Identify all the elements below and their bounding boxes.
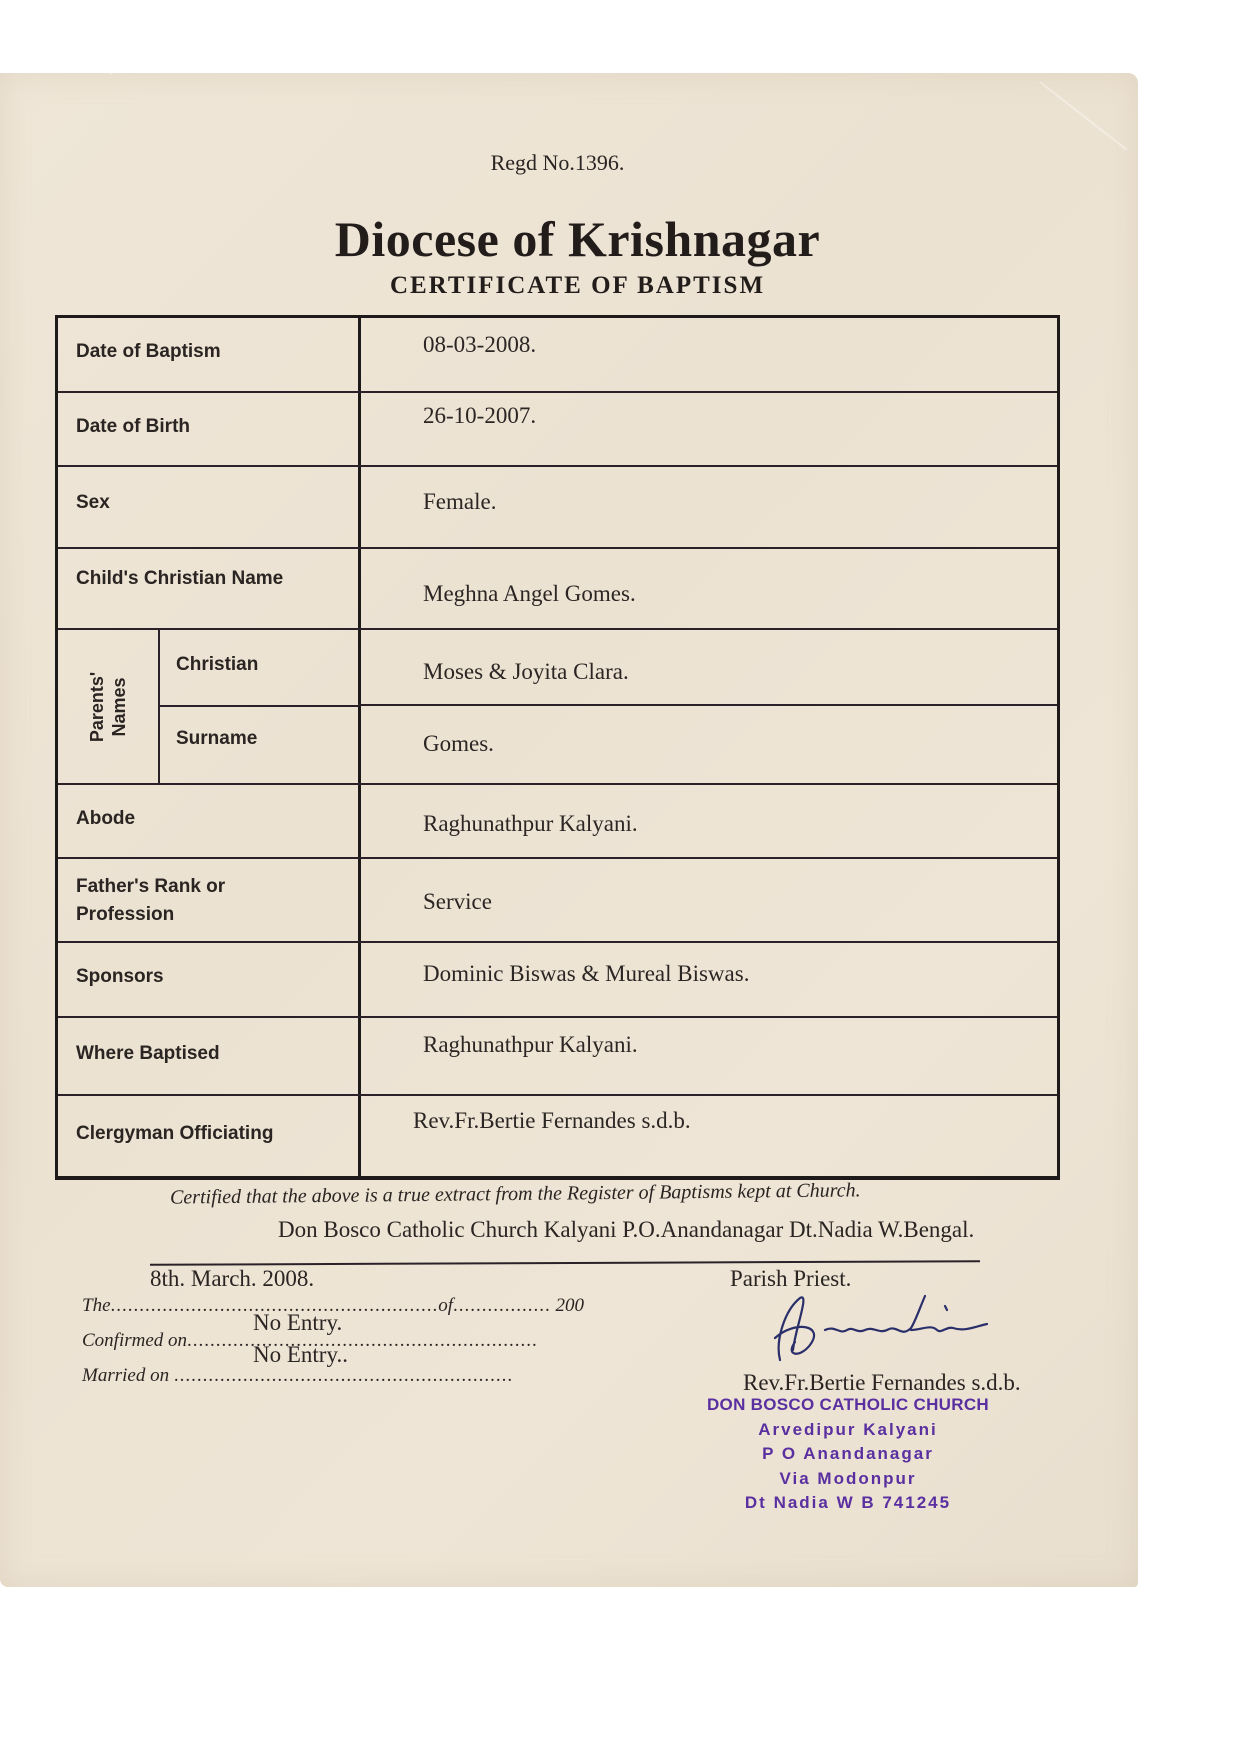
stamp-line: DON BOSCO CATHOLIC CHURCH (683, 1393, 1013, 1418)
of-label: of (438, 1295, 453, 1316)
table-row-abode: Abode Raghunathpur Kalyani. (58, 785, 1057, 859)
table-row-christian-name: Child's Christian Name Meghna Angel Gome… (58, 549, 1057, 630)
parents-label-line2: Names (109, 677, 129, 736)
field-value: Raghunathpur Kalyani. (423, 1032, 638, 1058)
field-label: Date of Birth (76, 413, 190, 441)
the-label: The (82, 1295, 111, 1316)
church-stamp: DON BOSCO CATHOLIC CHURCH Arvedipur Kaly… (683, 1393, 1013, 1516)
parents-names-block: Parents'Names Christian Surname (58, 630, 358, 783)
value-divider (358, 704, 1057, 706)
field-value: Raghunathpur Kalyani. (423, 811, 638, 837)
parents-christian-value: Moses & Joyita Clara. (423, 659, 629, 685)
stamp-line: Dt Nadia W B 741245 (683, 1491, 1013, 1516)
parents-group-label: Parents'Names (58, 630, 160, 783)
field-label: Sponsors (76, 963, 164, 991)
table-row-sponsors: Sponsors Dominic Biswas & Mureal Biswas. (58, 943, 1057, 1018)
field-value: Female. (423, 489, 496, 515)
sub-divider (158, 705, 358, 707)
table-row-date-of-birth: Date of Birth 26-10-2007. (58, 393, 1057, 467)
table-row-father-profession: Father's Rank or Profession Service (58, 859, 1057, 943)
married-label: Married on (82, 1365, 169, 1386)
priest-signature (755, 1290, 1005, 1370)
field-label: Abode (76, 805, 135, 833)
year-prefix: 200 (556, 1295, 585, 1316)
stamp-line: P O Anandanagar (683, 1442, 1013, 1467)
document-title: Diocese of Krishnagar (0, 210, 1240, 268)
field-label: Child's Christian Name (76, 565, 283, 593)
field-value: Service (423, 889, 492, 915)
field-label: Where Baptised (76, 1040, 220, 1068)
field-label: Clergyman Officiating (76, 1120, 273, 1148)
stamp-line: Via Modonpur (683, 1467, 1013, 1492)
registration-number: Regd No.1396. (0, 150, 1240, 176)
baptism-record-table: Date of Baptism 08-03-2008. Date of Birt… (55, 315, 1060, 1180)
table-row-sex: Sex Female. (58, 467, 1057, 549)
field-value: Rev.Fr.Bertie Fernandes s.d.b. (413, 1108, 691, 1134)
table-row-parents-names: Parents'Names Christian Surname Moses & … (58, 630, 1057, 785)
christian-sublabel: Christian (176, 654, 258, 676)
field-label: Sex (76, 489, 110, 517)
field-value: Dominic Biswas & Mureal Biswas. (423, 961, 749, 987)
confirmed-label: Confirmed on (82, 1330, 187, 1351)
paper-crease (1039, 81, 1127, 150)
church-address-line: Don Bosco Catholic Church Kalyani P.O.An… (278, 1217, 974, 1243)
surname-sublabel: Surname (176, 728, 257, 750)
table-row-where-baptised: Where Baptised Raghunathpur Kalyani. (58, 1018, 1057, 1096)
table-row-clergyman: Clergyman Officiating Rev.Fr.Bertie Fern… (58, 1096, 1057, 1176)
parish-priest-label: Parish Priest. (730, 1266, 851, 1292)
field-label: Father's Rank or Profession (76, 873, 256, 929)
document-subtitle: CERTIFICATE OF BAPTISM (0, 272, 1240, 300)
field-value: 26-10-2007. (423, 403, 536, 429)
parents-label-line1: Parents' (87, 671, 107, 741)
field-label: Date of Baptism (76, 338, 221, 366)
field-value: Meghna Angel Gomes. (423, 581, 636, 607)
paper-crease (110, 0, 341, 75)
stamp-line: Arvedipur Kalyani (683, 1418, 1013, 1443)
field-value: 08-03-2008. (423, 332, 536, 358)
married-line: Married on .............................… (82, 1365, 513, 1387)
table-row-date-of-baptism: Date of Baptism 08-03-2008. (58, 318, 1057, 393)
issue-date: 8th. March. 2008. (150, 1266, 314, 1292)
parents-surname-value: Gomes. (423, 731, 494, 757)
